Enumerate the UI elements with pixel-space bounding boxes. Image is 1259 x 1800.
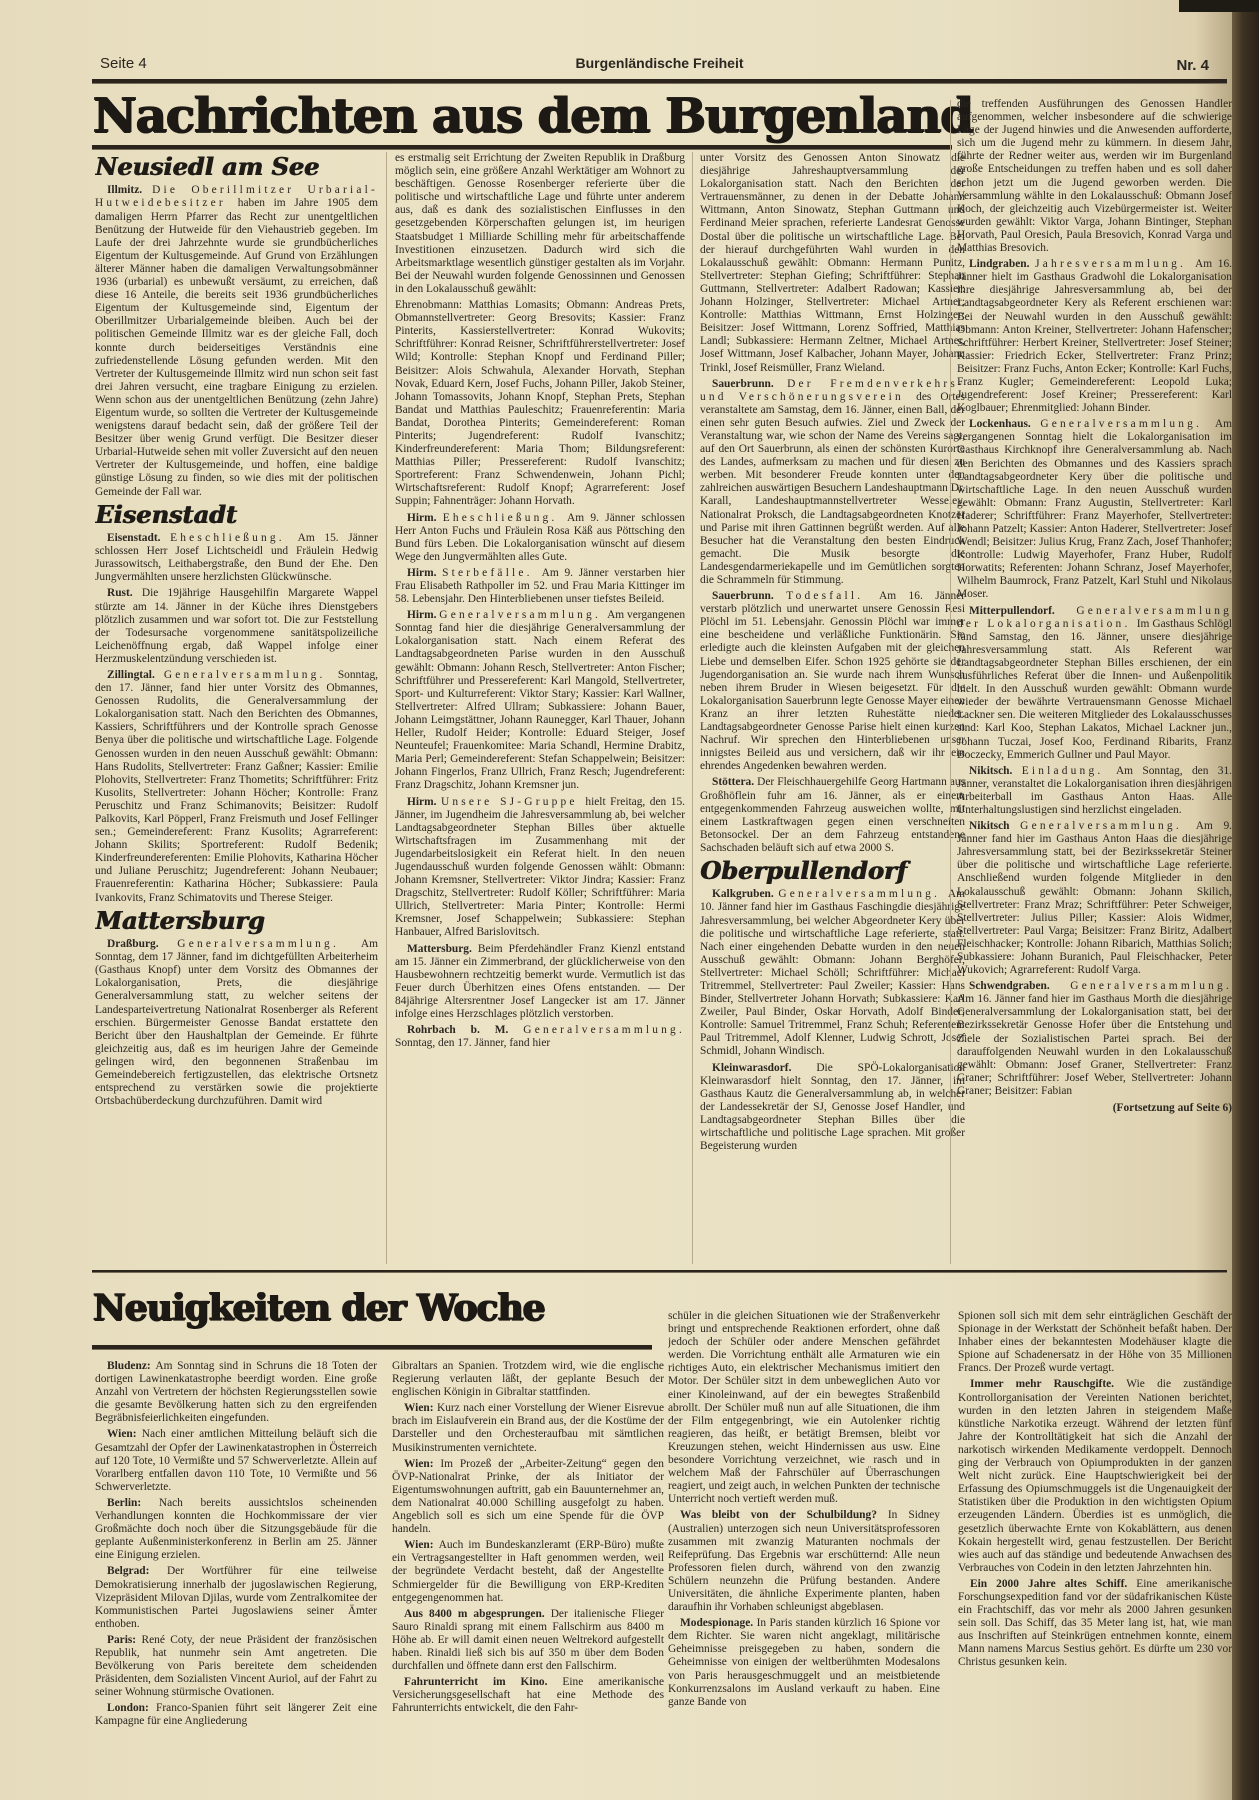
- article-place: Illmitz.: [107, 184, 152, 196]
- article: Mattersburg. Beim Pferdehändler Franz Ki…: [395, 943, 685, 1022]
- article-place: Schwendgraben.: [969, 980, 1070, 992]
- region-heading: Eisenstadt: [95, 502, 378, 528]
- article: Zillingtal. Generalversammlung. Sonntag,…: [95, 669, 378, 905]
- section-rule: [92, 1270, 1227, 1273]
- region-heading: Oberpullendorf: [700, 858, 965, 884]
- article-text: Am 16. Jänner verstarb plötzlich und une…: [700, 590, 965, 772]
- news-item-text: Gibraltars an Spanien. Trotzdem wird, wi…: [392, 1360, 664, 1398]
- article: Eisenstadt. Eheschließung. Am 15. Jänner…: [95, 532, 378, 584]
- news-item-title: Aus 8400 m abgesprungen.: [404, 1608, 551, 1620]
- news-item-title: Ein 2000 Jahre altes Schiff.: [970, 1578, 1136, 1590]
- article-text: Am vergangenen Sonntag hielt die Lokalor…: [957, 418, 1232, 600]
- article-place: Hirm.: [407, 609, 439, 621]
- news-item-title: Immer mehr Rauschgifte.: [970, 1378, 1126, 1390]
- article-lead: Eheschließung.: [170, 532, 298, 544]
- news-item: Aus 8400 m abgesprungen. Der italienisch…: [392, 1608, 664, 1673]
- news-item: Spionen soll sich mit dem sehr einträgli…: [958, 1310, 1232, 1375]
- article-lead: Generalversammlung.: [439, 609, 607, 621]
- article-lead: Eheschließung.: [443, 512, 567, 524]
- article-lead: Todesfall.: [786, 590, 879, 602]
- article: es erstmalig seit Errichtung der Zweiten…: [395, 152, 685, 296]
- article-place: Nikitsch: [969, 820, 1020, 832]
- article-text: Am 10. Jänner fand hier im Gasthaus Fasc…: [700, 888, 965, 1057]
- news-item: Bludenz: Am Sonntag sind in Schruns die …: [95, 1360, 377, 1425]
- news-item-title: Belgrad:: [107, 1565, 167, 1577]
- news-item: Berlin: Nach bereits aussichtslos schein…: [95, 1497, 377, 1562]
- article: die treffenden Ausführungen des Genossen…: [957, 98, 1232, 255]
- news-item-title: Wien:: [404, 1458, 440, 1470]
- book-spine: [1232, 0, 1259, 1800]
- article: Hirm. Generalversammlung. Am vergangenen…: [395, 609, 685, 792]
- column-top-3: unter Vorsitz des Genossen Anton Sinowat…: [700, 152, 965, 1270]
- article-lead: Generalversammlung.: [523, 1024, 685, 1036]
- article-text: die treffenden Ausführungen des Genossen…: [957, 98, 1232, 254]
- news-item: Modespionage. In Paris standen kürzlich …: [668, 1617, 940, 1709]
- article: Hirm. Unsere SJ-Gruppe hielt Freitag, de…: [395, 796, 685, 940]
- article: Lindgraben. Jahresversammlung. Am 16. Jä…: [957, 258, 1232, 415]
- masthead-rule: [92, 145, 952, 150]
- column-bottom-1: Bludenz: Am Sonntag sind in Schruns die …: [95, 1360, 377, 1800]
- article: Kleinwarasdorf. Die SPÖ-Lokalorganisatio…: [700, 1062, 965, 1154]
- article-lead: Generalversammlung.: [1070, 980, 1232, 992]
- news-item: Wien: Nach einer amtlichen Mitteilung be…: [95, 1428, 377, 1493]
- article: Sauerbrunn. Der Fremdenverkehrs- und Ver…: [700, 378, 965, 588]
- article-text: Sonntag, den 17. Jänner, fand hier unter…: [95, 669, 378, 904]
- news-item-title: Bludenz:: [107, 1360, 155, 1372]
- newspaper-name: Burgenländische Freiheit: [100, 55, 1219, 71]
- news-item: Ein 2000 Jahre altes Schiff. Eine amerik…: [958, 1578, 1232, 1670]
- column-divider: [386, 152, 387, 1264]
- article-place: Kleinwarasdorf.: [712, 1062, 816, 1074]
- article-text: Ehrenobmann: Matthias Lomasits; Obmann: …: [395, 299, 685, 507]
- article-text: unter Vorsitz des Genossen Anton Sinowat…: [700, 152, 965, 374]
- section-masthead-burgenland: Nachrichten aus dem Burgenland: [92, 92, 972, 140]
- news-item-text: schüler in die gleichen Situationen wie …: [668, 1310, 940, 1505]
- article-place: Eisenstadt.: [107, 532, 170, 544]
- article-text: hielt Freitag, den 15. Jänner, im Jugend…: [395, 796, 685, 939]
- header-rule: [92, 79, 1227, 84]
- article-lead: Jahresversammlung.: [1035, 258, 1195, 270]
- article-place: Draßburg.: [107, 938, 177, 950]
- column-top-1: Neusiedl am SeeIllmitz. Die Oberillmitze…: [95, 152, 378, 1270]
- column-divider: [950, 100, 951, 1264]
- column-bottom-3: schüler in die gleichen Situationen wie …: [668, 1310, 940, 1800]
- article: Ehrenobmann: Matthias Lomasits; Obmann: …: [395, 299, 685, 509]
- issue-number: Nr. 4: [1176, 57, 1209, 74]
- news-item-title: Modespionage.: [680, 1617, 757, 1629]
- column-divider: [692, 152, 693, 1264]
- article: Illmitz. Die Oberillmitzer Urbarial-Hutw…: [95, 184, 378, 498]
- news-item-title: Wien:: [404, 1539, 439, 1551]
- region-heading: Neusiedl am See: [95, 154, 378, 180]
- article: Hirm. Eheschließung. Am 9. Jänner schlos…: [395, 512, 685, 564]
- news-item-text: Spionen soll sich mit dem sehr einträgli…: [958, 1310, 1232, 1374]
- news-item-title: Fahrunterricht im Kino.: [404, 1676, 562, 1688]
- article-text: Am 9. Jänner fand hier im Gasthaus Anton…: [957, 820, 1232, 976]
- article: Nikitsch. Einladung. Am Sonntag, den 31.…: [957, 765, 1232, 817]
- news-item: Wien: Kurz nach einer Vorstellung der Wi…: [392, 1402, 664, 1454]
- news-item-text: In Sidney (Australien) unterzogen sich n…: [668, 1509, 940, 1613]
- article: Sauerbrunn. Todesfall. Am 16. Jänner ver…: [700, 590, 965, 773]
- article-text: des Ortes veranstaltete am Samstag, dem …: [700, 391, 965, 586]
- news-item: Was bleibt von der Schulbildung? In Sidn…: [668, 1509, 940, 1614]
- article-place: Lindgraben.: [969, 258, 1035, 270]
- news-item-title: Berlin:: [107, 1497, 159, 1509]
- column-top-2: es erstmalig seit Errichtung der Zweiten…: [395, 152, 685, 1270]
- news-item: Wien: Im Prozeß der „Arbeiter-Zeitung“ g…: [392, 1458, 664, 1537]
- news-item-title: Paris:: [107, 1634, 141, 1646]
- news-item-title: London:: [107, 1702, 156, 1714]
- article-lead: Generalversammlung.: [177, 938, 361, 950]
- news-item-title: Wien:: [107, 1428, 142, 1440]
- article-place: Nikitsch.: [969, 765, 1022, 777]
- article-text: es erstmalig seit Errichtung der Zweiten…: [395, 152, 685, 295]
- article-lead: Generalversammlung.: [164, 669, 338, 681]
- article: Hirm. Sterbefälle. Am 9. Jänner verstarb…: [395, 567, 685, 606]
- article: Draßburg. Generalversammlung. Am Sonntag…: [95, 938, 378, 1108]
- article-place: Mitterpullendorf.: [969, 605, 1076, 617]
- article: Rust. Die 19jährige Hausgehilfin Margare…: [95, 587, 378, 666]
- news-item-title: Was bleibt von der Schulbildung?: [680, 1509, 888, 1521]
- article-place: Sauerbrunn.: [712, 590, 786, 602]
- article: Rohrbach b. M. Generalversammlung. Sonnt…: [395, 1024, 685, 1050]
- article-place: Sauerbrunn.: [712, 378, 787, 390]
- article-text: Am vergangenen Sonntag fand hier die die…: [395, 609, 685, 791]
- news-item: schüler in die gleichen Situationen wie …: [668, 1310, 940, 1506]
- column-bottom-4: Spionen soll sich mit dem sehr einträgli…: [958, 1310, 1232, 1800]
- news-item: Wien: Auch im Bundeskanzleramt (ERP-Büro…: [392, 1539, 664, 1604]
- region-heading: Mattersburg: [95, 908, 378, 934]
- article-text: Die SPÖ-Lokalorganisation Kleinwarasdorf…: [700, 1062, 965, 1153]
- article-lead: Unsere SJ-Gruppe: [441, 796, 585, 808]
- continuation-note: (Fortsetzung auf Seite 6): [957, 1102, 1232, 1115]
- column-bottom-2: Gibraltars an Spanien. Trotzdem wird, wi…: [392, 1360, 664, 1800]
- article: unter Vorsitz des Genossen Anton Sinowat…: [700, 152, 965, 375]
- news-item-title: Wien:: [404, 1402, 437, 1414]
- news-item: Gibraltars an Spanien. Trotzdem wird, wi…: [392, 1360, 664, 1399]
- section-masthead-news: Neuigkeiten der Woche: [92, 1290, 544, 1326]
- news-item-text: Eine amerikanische Forschungsexpedition …: [958, 1578, 1232, 1669]
- article-lead: Generalversammlung.: [1020, 820, 1196, 832]
- article-text: Im Gasthaus Schlögl fand Samstag, den 16…: [957, 618, 1232, 761]
- news-item-text: Wie die zuständige Kontrollorganisation …: [958, 1378, 1232, 1573]
- article-place: Kalkgruben.: [712, 888, 778, 900]
- article-lead: Sterbefälle.: [442, 567, 542, 579]
- article-place: Rohrbach b. M.: [407, 1024, 523, 1036]
- article: Mitterpullendorf. Generalversammlung der…: [957, 605, 1232, 762]
- article-text: Am Sonntag, dem 17 Jänner, fand im dicht…: [95, 938, 378, 1107]
- article-text: Am 16. Jänner hielt im Gasthaus Gradwohl…: [957, 258, 1232, 414]
- article-place: Hirm.: [407, 567, 442, 579]
- article-place: Lockenhaus.: [969, 418, 1040, 430]
- article-place: Hirm.: [407, 512, 443, 524]
- article-text: Am 16. Jänner fand hier im Gasthaus Mort…: [957, 993, 1232, 1097]
- article-place: Stöttera.: [712, 776, 757, 788]
- article-place: Zillingtal.: [107, 669, 164, 681]
- article-text: haben im Jahre 1905 dem damaligen Herrn …: [95, 197, 378, 497]
- news-item: London: Franco-Spanien führt seit länger…: [95, 1702, 377, 1728]
- article-place: Hirm.: [407, 796, 441, 808]
- article: Lockenhaus. Generalversammlung. Am verga…: [957, 418, 1232, 601]
- page-header: Seite 4 Burgenländische Freiheit Nr. 4: [100, 55, 1219, 79]
- news-item-text: In Paris standen kürzlich 16 Spione vor …: [668, 1617, 940, 1708]
- article: Nikitsch Generalversammlung. Am 9. Jänne…: [957, 820, 1232, 977]
- news-item: Paris: René Coty, der neue Präsident der…: [95, 1634, 377, 1699]
- article-lead: Generalversammlung.: [1040, 418, 1215, 430]
- news-item: Immer mehr Rauschgifte. Wie die zuständi…: [958, 1378, 1232, 1574]
- news-item: Belgrad: Der Wortführer für eine teilwei…: [95, 1565, 377, 1630]
- article-lead: Generalversammlung.: [778, 888, 948, 900]
- scan-edge: [1179, 0, 1259, 12]
- article-place: Mattersburg.: [407, 943, 478, 955]
- article: Stöttera. Der Fleischhauergehilfe Georg …: [700, 776, 965, 855]
- column-top-4: die treffenden Ausführungen des Genossen…: [957, 98, 1232, 1270]
- masthead-rule: [92, 1345, 652, 1350]
- article: Kalkgruben. Generalversammlung. Am 10. J…: [700, 888, 965, 1058]
- article-place: Rust.: [107, 587, 142, 599]
- article-text: Sonntag, den 17. Jänner, fand hier: [395, 1037, 550, 1049]
- article: Schwendgraben. Generalversammlung. Am 16…: [957, 980, 1232, 1098]
- news-item: Fahrunterricht im Kino. Eine amerikanisc…: [392, 1676, 664, 1715]
- article-lead: Einladung.: [1022, 765, 1116, 777]
